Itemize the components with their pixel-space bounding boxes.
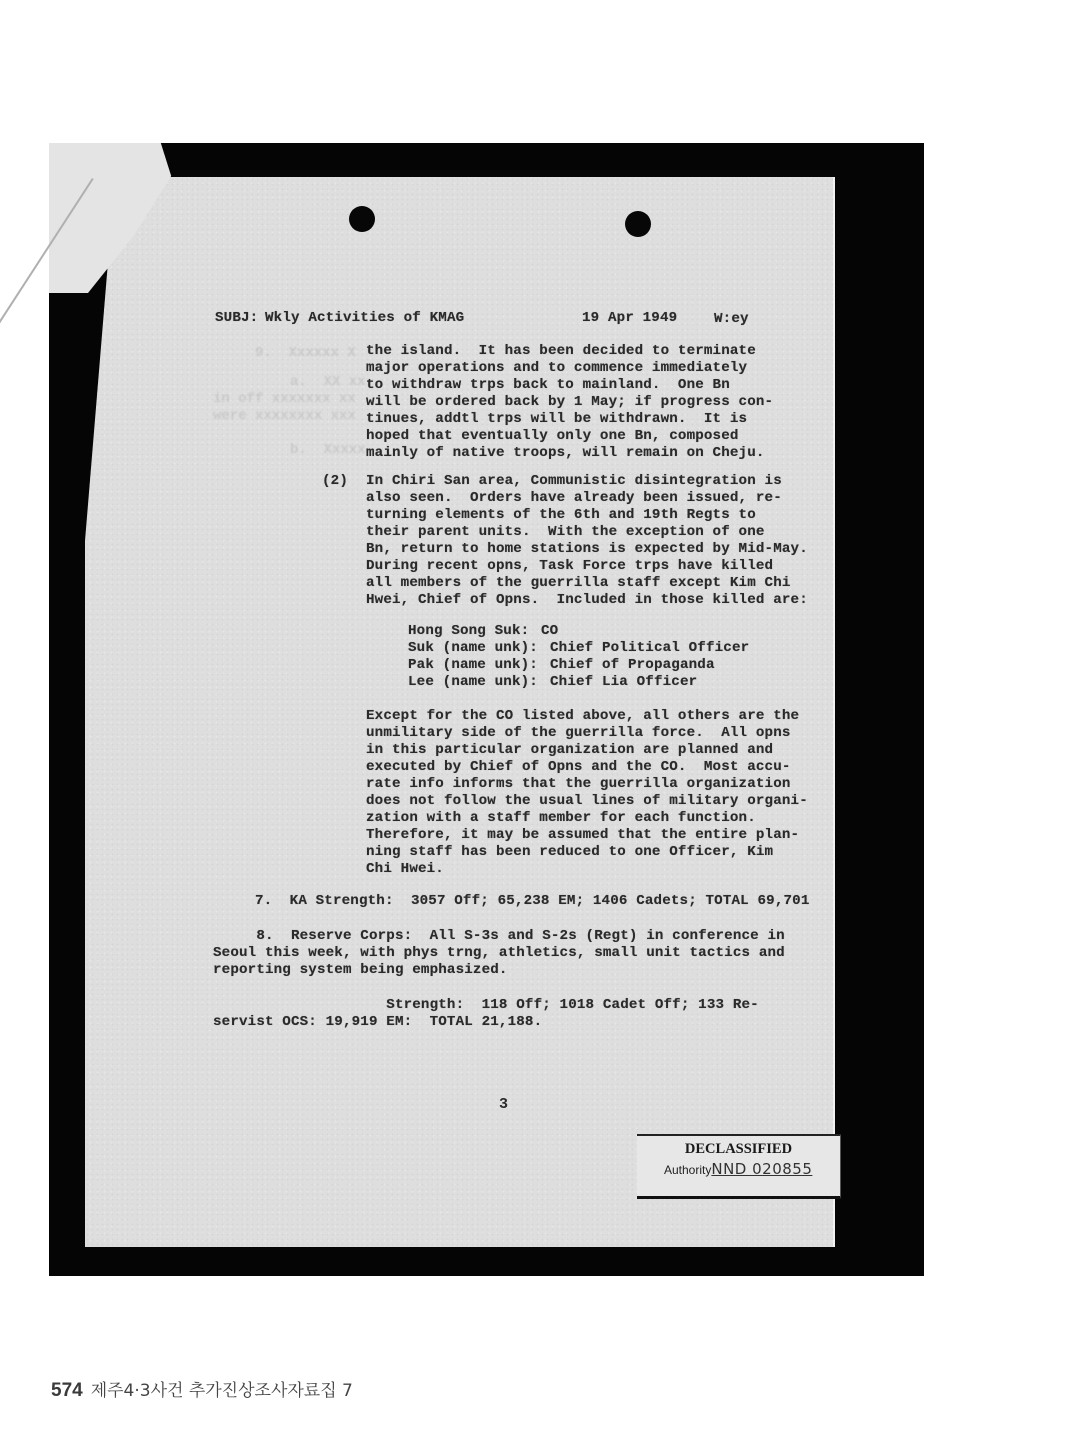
text-line: rate info informs that the guerrilla org… [366, 776, 791, 793]
text-line: the island. It has been decided to termi… [366, 343, 756, 360]
authority-value: NND 020855 [711, 1160, 812, 1178]
text-line: major operations and to commence immedia… [366, 360, 747, 377]
killed-role: Chief Political Officer [550, 640, 749, 657]
text-line: Chi Hwei. [366, 861, 444, 878]
text-line: executed by Chief of Opns and the CO. Mo… [366, 759, 791, 776]
text-line: does not follow the usual lines of milit… [366, 793, 808, 810]
text-line: turning elements of the 6th and 19th Reg… [366, 507, 756, 524]
book-title: 제주4·3사건 추가진상조사자료집 7 [91, 1376, 353, 1401]
text-line: in this particular organization are plan… [366, 742, 773, 759]
bleed-through-text: were xxxxxxxx xxx [213, 408, 356, 425]
text-line: their parent units. With the exception o… [366, 524, 765, 541]
killed-name: Suk (name unk): [408, 640, 538, 657]
text-line: unmilitary side of the guerrilla force. … [366, 725, 791, 742]
killed-role: CO [541, 623, 558, 640]
killed-name: Pak (name unk): [408, 657, 538, 674]
killed-role: Chief Lia Officer [550, 674, 697, 691]
punch-hole-left [349, 206, 375, 232]
text-line: tinues, addtl trps will be withdrawn. It… [366, 411, 747, 428]
paper-edge [833, 177, 835, 1247]
bleed-through-text: b. Xxxxx [290, 442, 366, 459]
text-line: all members of the guerrilla staff excep… [366, 575, 791, 592]
bleed-through-text: a. XX xx [290, 374, 366, 391]
text-line: mainly of native troops, will remain on … [366, 445, 765, 462]
punch-hole-right [625, 211, 651, 237]
text-line: ning staff has been reduced to one Offic… [366, 844, 773, 861]
bleed-through-text: in off xxxxxxx xx [213, 391, 356, 408]
text-line: will be ordered back by 1 May; if progre… [366, 394, 773, 411]
text-line: Seoul this week, with phys trng, athleti… [213, 945, 785, 962]
text-line: to withdraw trps back to mainland. One B… [366, 377, 730, 394]
text-line: Bn, return to home stations is expected … [366, 541, 808, 558]
killed-role: Chief of Propaganda [550, 657, 715, 674]
killed-name: Hong Song Suk: [408, 623, 529, 640]
bleed-through-text: 9. Xxxxxx X [255, 345, 356, 362]
text-line: 8. Reserve Corps: All S-3s and S-2s (Reg… [213, 928, 785, 945]
declassified-stamp: DECLASSIFIED AuthorityNND 020855 [637, 1134, 841, 1199]
subject-title: Wkly Activities of KMAG [265, 310, 464, 327]
text-line: Strength: 118 Off; 1018 Cadet Off; 133 R… [213, 997, 759, 1014]
document-page-number: 3 [499, 1096, 508, 1113]
text-line: During recent opns, Task Force trps have… [366, 558, 773, 575]
text-line: hoped that eventually only one Bn, compo… [366, 428, 739, 445]
text-line: reporting system being emphasized. [213, 962, 508, 979]
text-line: zation with a staff member for each func… [366, 810, 756, 827]
item-7-ka-strength: 7. KA Strength: 3057 Off; 65,238 EM; 140… [255, 893, 810, 910]
authority-label: Authority [664, 1163, 711, 1177]
killed-name: Lee (name unk): [408, 674, 538, 691]
author-initials: W:ey [714, 311, 749, 328]
text-line: servist OCS: 19,919 EM: TOTAL 21,188. [213, 1014, 542, 1031]
document-date: 19 Apr 1949 [582, 310, 677, 327]
stamp-title: DECLASSIFIED [637, 1141, 840, 1158]
text-line: also seen. Orders have already been issu… [366, 490, 782, 507]
book-page-number: 574 [51, 1380, 83, 1402]
subject-label: SUBJ: [215, 310, 258, 327]
text-line: Therefore, it may be assumed that the en… [366, 827, 799, 844]
item-marker: (2) [322, 473, 348, 490]
book-footer: 574 제주4·3사건 추가진상조사자료집 7 [51, 1376, 353, 1402]
text-line: Hwei, Chief of Opns. Included in those k… [366, 592, 808, 609]
text-line: In Chiri San area, Communistic disintegr… [366, 473, 782, 490]
stamp-authority: AuthorityNND 020855 [664, 1160, 812, 1178]
text-line: Except for the CO listed above, all othe… [366, 708, 799, 725]
